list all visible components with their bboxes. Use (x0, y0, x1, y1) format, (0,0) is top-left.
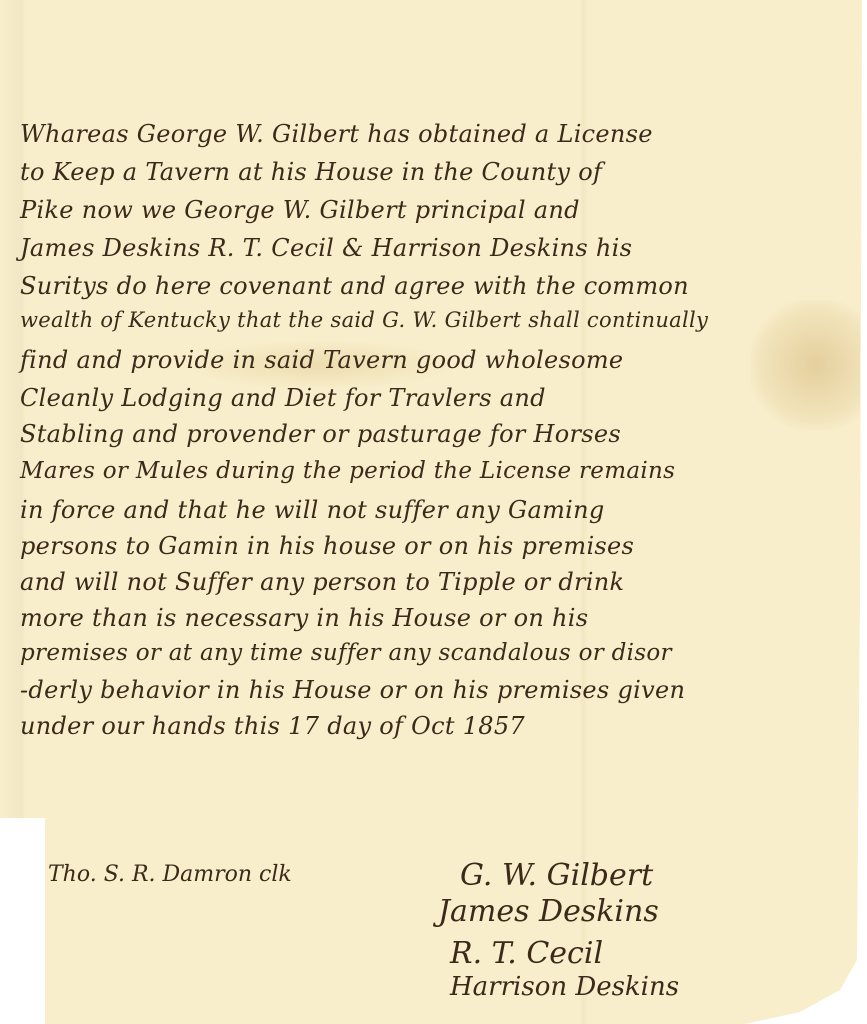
body-line-13: and will not Suffer any person to Tipple… (20, 568, 624, 596)
body-line-16: -derly behavior in his House or on his p… (20, 676, 685, 704)
body-line-7: find and provide in said Tavern good who… (20, 346, 623, 374)
body-line-14: more than is necessary in his House or o… (20, 604, 588, 632)
body-line-9: Stabling and provender or pasturage for … (20, 420, 621, 448)
body-line-6: wealth of Kentucky that the said G. W. G… (20, 308, 708, 332)
water-stain (750, 300, 860, 430)
body-line-1: Whareas George W. Gilbert has obtained a… (20, 120, 653, 148)
body-line-11: in force and that he will not suffer any… (20, 496, 605, 524)
body-line-3: Pike now we George W. Gilbert principal … (20, 196, 580, 224)
document-paper: Whareas George W. Gilbert has obtained a… (0, 0, 867, 1024)
signature-james-deskins: James Deskins (438, 894, 659, 929)
body-line-2: to Keep a Tavern at his House in the Cou… (20, 158, 602, 186)
body-line-15: premises or at any time suffer any scand… (20, 640, 672, 666)
signature-gilbert: G. W. Gilbert (460, 858, 653, 893)
clerk-attestation: Tho. S. R. Damron clk (48, 862, 292, 887)
body-line-17-date: under our hands this 17 day of Oct 1857 (20, 712, 525, 740)
body-line-4: James Deskins R. T. Cecil & Harrison Des… (20, 234, 632, 262)
body-line-10: Mares or Mules during the period the Lic… (20, 458, 675, 484)
signature-harrison-deskins: Harrison Deskins (450, 972, 679, 1002)
body-line-12: persons to Gamin in his house or on his … (20, 532, 634, 560)
signature-cecil: R. T. Cecil (450, 936, 603, 971)
body-line-8: Cleanly Lodging and Diet for Travlers an… (20, 384, 546, 412)
body-line-5: Suritys do here covenant and agree with … (20, 272, 689, 300)
